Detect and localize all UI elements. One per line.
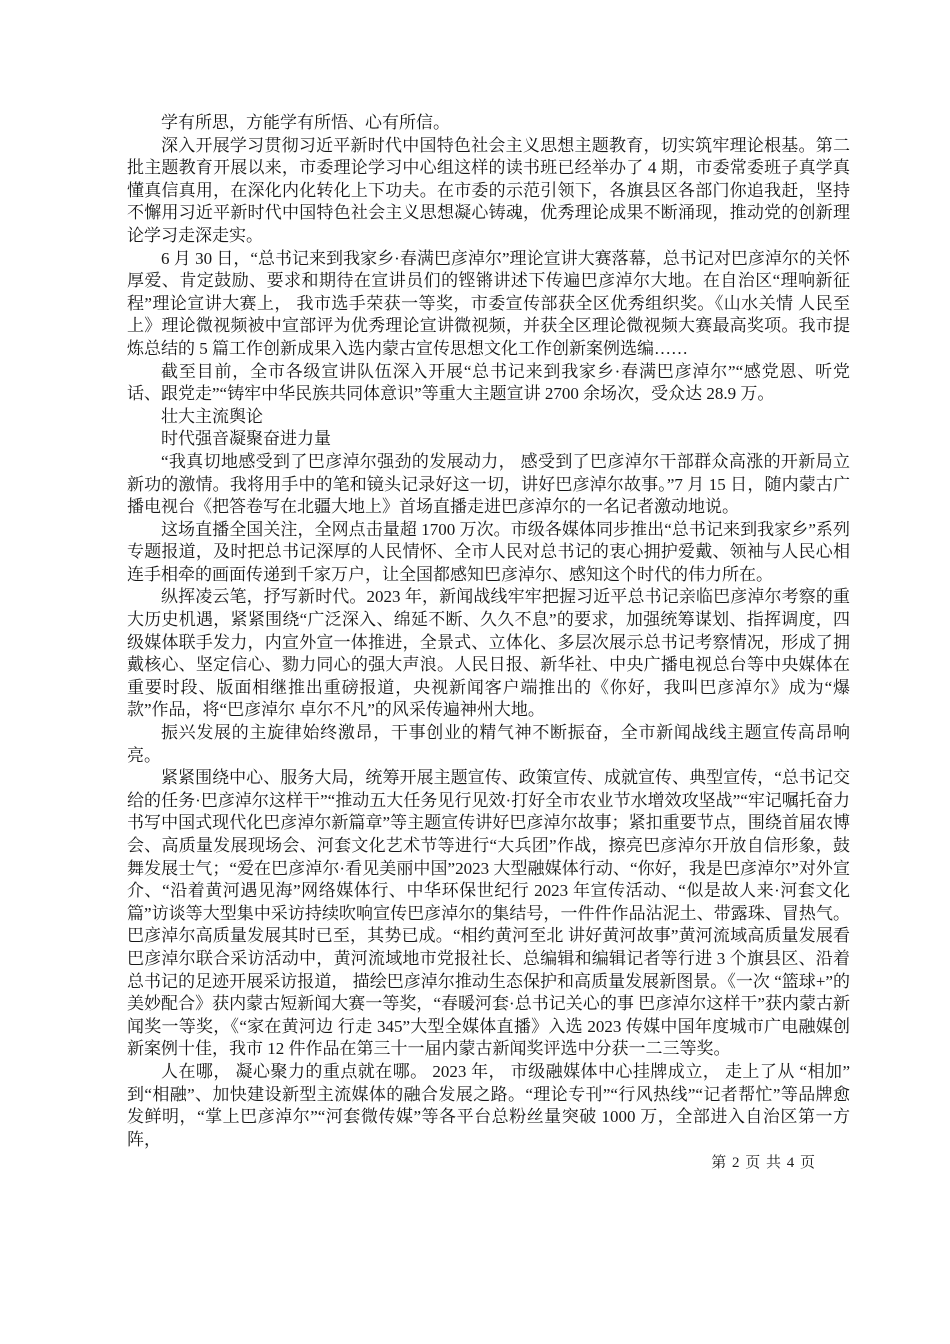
body-paragraph: 人在哪， 凝心聚力的重点就在哪。 2023 年， 市级融媒体中心挂牌成立， 走上… bbox=[127, 1061, 850, 1151]
page-footer: 第 2 页 共 4 页 bbox=[711, 1151, 816, 1172]
body-paragraph: 振兴发展的主旋律始终激昂，干事创业的精气神不断振奋，全市新闻战线主题宣传高昂响亮… bbox=[127, 722, 850, 767]
body-paragraph: 截至目前，全市各级宣讲队伍深入开展“总书记来到我家乡·春满巴彦淖尔”“感党恩、听… bbox=[127, 361, 850, 406]
body-paragraph: 6 月 30 日，“总书记来到我家乡·春满巴彦淖尔”理论宣讲大赛落幕，总书记对巴… bbox=[127, 248, 850, 361]
section-heading-era-voice: 时代强音凝聚奋进力量 bbox=[127, 428, 850, 451]
section-heading-strengthen-mainstream-opinion: 壮大主流舆论 bbox=[127, 406, 850, 429]
body-paragraph: 这场直播全国关注，全网点击量超 1700 万次。市级各媒体同步推出“总书记来到我… bbox=[127, 519, 850, 587]
page-number: 第 2 页 共 4 页 bbox=[711, 1155, 816, 1171]
document-body: 学有所思，方能学有所悟、心有所信。 深入开展学习贯彻习近平新时代中国特色社会主义… bbox=[127, 112, 850, 1151]
document-page: 学有所思，方能学有所悟、心有所信。 深入开展学习贯彻习近平新时代中国特色社会主义… bbox=[0, 0, 950, 1344]
body-paragraph: “我真切地感受到了巴彦淖尔强劲的发展动力， 感受到了巴彦淖尔干部群众高涨的开新局… bbox=[127, 451, 850, 519]
body-paragraph: 纵挥凌云笔，抒写新时代。2023 年，新闻战线牢牢把握习近平总书记亲临巴彦淖尔考… bbox=[127, 586, 850, 722]
body-paragraph: 紧紧围绕中心、服务大局，统筹开展主题宣传、政策宣传、成就宣传、典型宣传，“总书记… bbox=[127, 767, 850, 1061]
body-paragraph: 深入开展学习贯彻习近平新时代中国特色社会主义思想主题教育，切实筑牢理论根基。第二… bbox=[127, 135, 850, 248]
body-paragraph: 学有所思，方能学有所悟、心有所信。 bbox=[127, 112, 850, 135]
